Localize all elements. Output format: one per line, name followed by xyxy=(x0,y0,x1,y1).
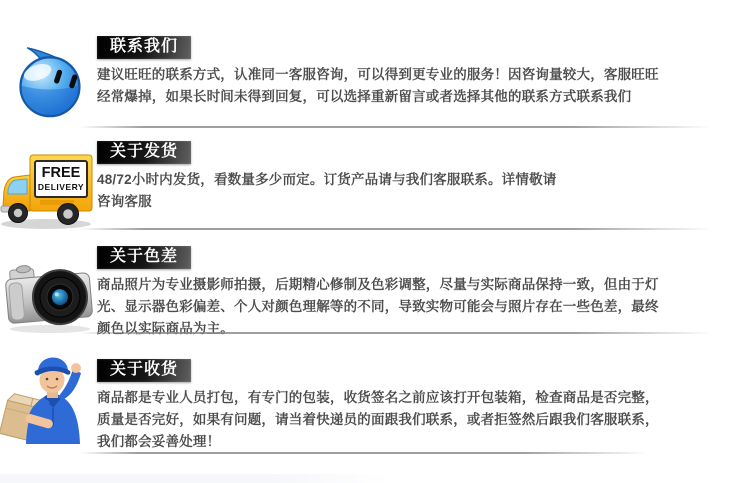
body-line: 商品都是专业人员打包，有专门的包装，收货签名之前应该打开包装箱，检查商品是否完整… xyxy=(97,387,657,409)
free-delivery-truck-icon: FREE DELIVERY xyxy=(0,149,96,231)
body-line: 咨询客服 xyxy=(97,191,657,213)
section-title-badge: 关于色差 xyxy=(97,246,191,269)
svg-text:FREE: FREE xyxy=(42,165,81,181)
section-color-difference: 关于色差 商品照片为专业摄影师拍摄，后期精心修制及色彩调整，尽量与实际商品保持一… xyxy=(97,246,657,340)
body-line: 经常爆掉，如果长时间未得到回复，可以选择重新留言或者选择其他的联系方式联系我们 xyxy=(97,86,657,108)
section-receiving: 关于收货 商品都是专业人员打包，有专门的包装，收货签名之前应该打开包装箱，检查商… xyxy=(97,359,657,453)
section-title-badge: 关于发货 xyxy=(97,141,191,164)
section-title-badge: 关于收货 xyxy=(97,359,191,382)
section-divider xyxy=(80,126,712,128)
body-line: 建议旺旺的联系方式，认准同一客服咨询，可以得到更专业的服务！因咨询量较大，客服旺… xyxy=(97,64,657,86)
body-line: 商品照片为专业摄影师拍摄，后期精心修制及色彩调整，尽量与实际商品保持一致，但由于… xyxy=(97,274,657,296)
section-title-badge: 联系我们 xyxy=(97,36,191,59)
section-divider xyxy=(80,332,712,334)
section-divider xyxy=(80,452,648,454)
courier-icon xyxy=(0,356,106,444)
section-divider xyxy=(80,228,712,230)
section-body: 商品都是专业人员打包，有专门的包装，收货签名之前应该打开包装箱，检查商品是否完整… xyxy=(97,387,657,453)
camera-icon xyxy=(4,256,96,336)
wangwang-messenger-icon xyxy=(6,44,92,118)
section-contact: 联系我们 建议旺旺的联系方式，认准同一客服咨询，可以得到更专业的服务！因咨询量较… xyxy=(97,36,657,108)
body-line: 颜色以实际商品为主。 xyxy=(97,318,657,340)
bottom-band xyxy=(0,474,390,483)
section-body: 48/72小时内发货，看数量多少而定。订货产品请与我们客服联系。详情敬请 咨询客… xyxy=(97,169,657,213)
body-line: 我们都会妥善处理！ xyxy=(97,431,657,453)
body-line: 光、显示器色彩偏差、个人对颜色理解等的不同，导致实物可能会与照片存在一些色差，最… xyxy=(97,296,657,318)
section-shipping: 关于发货 48/72小时内发货，看数量多少而定。订货产品请与我们客服联系。详情敬… xyxy=(97,141,657,213)
section-body: 建议旺旺的联系方式，认准同一客服咨询，可以得到更专业的服务！因咨询量较大，客服旺… xyxy=(97,64,657,108)
body-line: 质量是否完好，如果有问题，请当着快递员的面跟我们联系，或者拒签然后跟我们客服联系… xyxy=(97,409,657,431)
svg-text:DELIVERY: DELIVERY xyxy=(38,182,84,192)
section-body: 商品照片为专业摄影师拍摄，后期精心修制及色彩调整，尽量与实际商品保持一致，但由于… xyxy=(97,274,657,340)
body-line: 48/72小时内发货，看数量多少而定。订货产品请与我们客服联系。详情敬请 xyxy=(97,169,657,191)
page: 联系我们 建议旺旺的联系方式，认准同一客服咨询，可以得到更专业的服务！因咨询量较… xyxy=(0,0,750,483)
